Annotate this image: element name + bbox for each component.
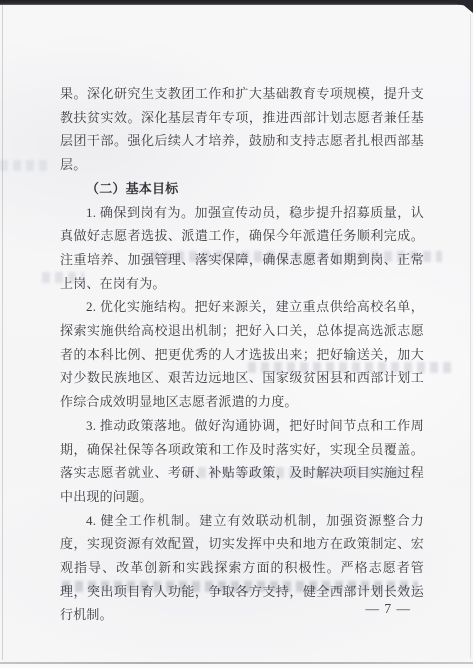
- scan-edge-left: [2, 5, 3, 660]
- document-body: 果。深化研究生支教团工作和扩大基础教育专项规模，提升支教扶贫实效。深化基层青年专…: [60, 82, 424, 627]
- section-heading: （二）基本目标: [60, 177, 424, 201]
- page-number: — 7 —: [366, 601, 412, 617]
- item-3: 3. 推动政策落地。做好沟通协调，把好时间节点和工作周期，确保社保等各项政策和工…: [60, 414, 424, 509]
- scan-margin-bottom: [0, 664, 473, 668]
- item-2: 2. 优化实施结构。把好来源关，建立重点供给高校名单，探索实施供给高校退出机制；…: [60, 295, 424, 414]
- scanned-document-page: 果。深化研究生支教团工作和扩大基础教育专项规模，提升支教扶贫实效。深化基层青年专…: [0, 0, 473, 668]
- scan-edge-right: [470, 14, 471, 658]
- bleed-through-text: [0, 160, 48, 171]
- scan-edge-top: [0, 0, 473, 5]
- paragraph-continuation: 果。深化研究生支教团工作和扩大基础教育专项规模，提升支教扶贫实效。深化基层青年专…: [60, 82, 424, 177]
- scan-corner-artifact: [453, 0, 473, 13]
- item-1: 1. 确保到岗有为。加强宣传动员，稳步提升招募质量，认真做好志愿者选拔、派遣工作…: [60, 201, 424, 296]
